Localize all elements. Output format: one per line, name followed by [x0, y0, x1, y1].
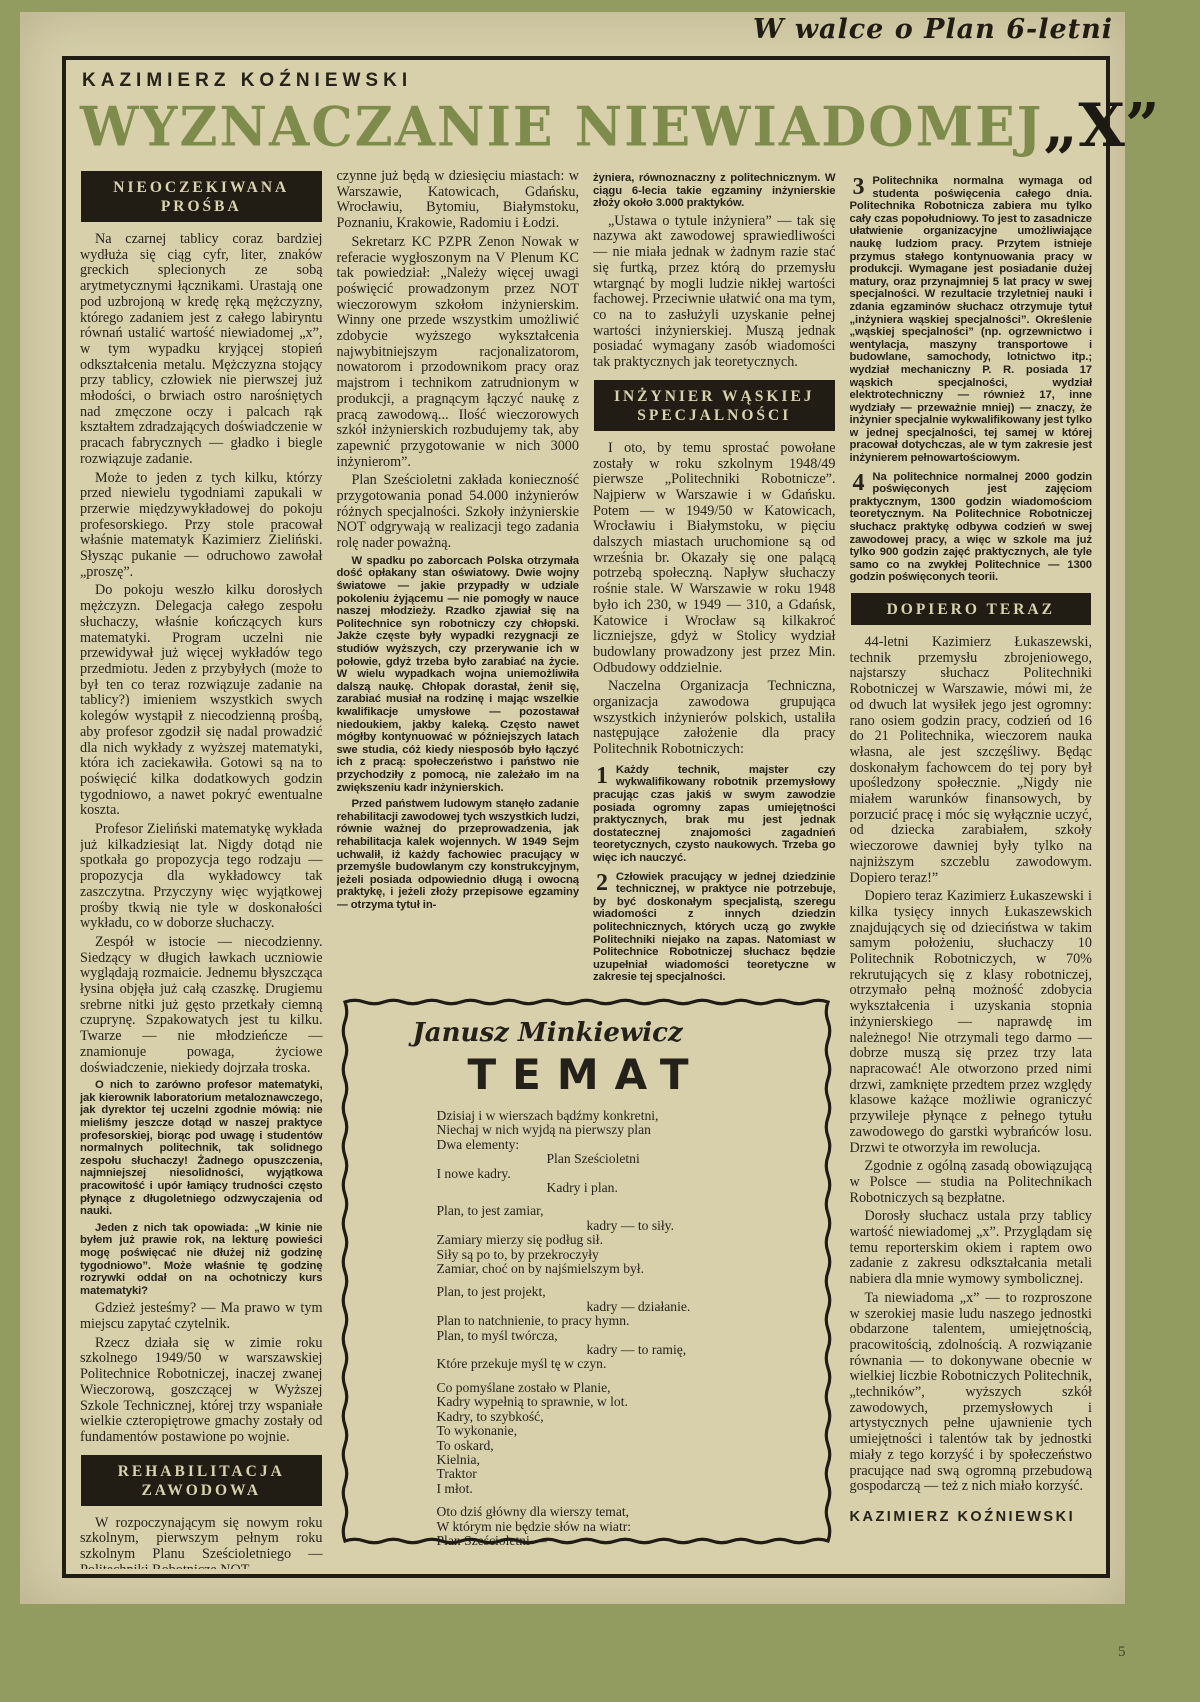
paragraph: żyniera, równoznaczny z politechnicznym.…: [593, 172, 836, 210]
paragraph: Jeden z nich tak opowiada: „W kinie nie …: [80, 1222, 323, 1298]
paragraph: 4Na politechnice normalnej 2000 godzin p…: [850, 471, 1093, 584]
item-number: 2: [596, 872, 608, 894]
section-header: DOPIERO TERAZ: [851, 593, 1092, 625]
paragraph: Rzecz działa się w zimie roku szkolnego …: [80, 1336, 323, 1446]
column-2: czynne już będą w dziesięciu miastach: w…: [337, 169, 580, 988]
poem-line: To wykonanie,: [437, 1424, 808, 1438]
poem-lines: Dzisiaj i w wierszach bądźmy konkretni,N…: [365, 1109, 808, 1547]
paragraph: 1Każdy technik, majster czy wykwalifikow…: [593, 764, 836, 865]
poem-line: I nowe kadry.: [437, 1167, 808, 1181]
magazine-page: W walce o Plan 6-letni KAZIMIERZ KOŹNIEW…: [0, 0, 1200, 1702]
poem-line: To oskard,: [437, 1439, 808, 1453]
poem-author: Janusz Minkiewicz: [413, 1018, 808, 1048]
paragraph: W spadku po zaborcach Polska otrzymała d…: [337, 555, 580, 794]
column-4: 3Politechnika normalna wymaga od student…: [850, 169, 1093, 1569]
poem-line: Kadry wypełnią to sprawnie, w lot.: [437, 1395, 808, 1409]
section-header: INŻYNIER WĄSKIEJ SPECJALNOŚCI: [594, 380, 835, 431]
paragraph: Zgodnie z ogólną zasadą obowiązującą w P…: [850, 1159, 1093, 1206]
article-title: WYZNACZANIE NIEWIADOMEJ „X”: [80, 98, 1090, 157]
poem-line: Dwa elementy:: [437, 1138, 808, 1152]
column-3: żyniera, równoznaczny z politechnicznym.…: [593, 169, 836, 988]
paragraph: Plan Sześcioletni zakłada konieczność pr…: [337, 473, 580, 552]
paragraph: O nich to zarówno profesor matematyki, j…: [80, 1079, 323, 1218]
paragraph: Naczelna Organizacja Techniczna, organiz…: [593, 679, 836, 758]
poem-line: Kadry i plan.: [437, 1181, 808, 1195]
poem-line: Plan, to jest projekt,: [437, 1285, 808, 1299]
poem-line: Co pomyślane zostało w Planie,: [437, 1381, 808, 1395]
poem-line: Które przekuje myśl tę w czyn.: [437, 1357, 808, 1371]
article-frame: KAZIMIERZ KOŹNIEWSKI WYZNACZANIE NIEWIAD…: [62, 56, 1110, 1578]
column-1: NIEOCZEKIWANA PROŚBANa czarnej tablicy c…: [80, 169, 323, 1569]
paragraph: „Ustawa o tytule inżyniera” — tak się na…: [593, 214, 836, 371]
article-title-text: WYZNACZANIE NIEWIADOMEJ: [80, 99, 1043, 157]
poem-line: kadry — to ramię,: [437, 1343, 808, 1357]
item-number: 4: [853, 472, 865, 494]
poem-line: Kadry, to szybkość,: [437, 1410, 808, 1424]
section-header: REHABILITACJA ZAWODOWA: [81, 1455, 322, 1506]
paragraph: 44-letni Kazimierz Łukaszewski, technik …: [850, 635, 1093, 886]
section-header: NIEOCZEKIWANA PROŚBA: [81, 171, 322, 222]
poem-line: Siły są po to, by przekroczyły: [437, 1248, 808, 1262]
poem-cell: Janusz Minkiewicz TEMAT Dzisiaj i w wier…: [337, 988, 836, 1569]
poem-line: kadry — działanie.: [437, 1300, 808, 1314]
poem-line: Oto dziś główny dla wierszy temat,: [437, 1505, 808, 1519]
series-banner: W walce o Plan 6-letni: [753, 14, 1113, 45]
poem-line: Zamiar, choć on by najśmielszym był.: [437, 1262, 808, 1276]
paragraph: Zespół w istocie — niecodzienny. Siedząc…: [80, 935, 323, 1076]
paragraph: Profesor Zieliński matematykę wykłada ju…: [80, 822, 323, 932]
page-number: 5: [1118, 1644, 1126, 1661]
poem-line: Plan to natchnienie, to pracy hymn.: [437, 1314, 808, 1328]
article-signature: KAZIMIERZ KOŹNIEWSKI: [850, 1509, 1093, 1525]
item-number: 1: [596, 765, 608, 787]
poem-line: Plan Sześcioletni: [437, 1152, 808, 1166]
poem-line: kadry — to siły.: [437, 1219, 808, 1233]
paragraph: W rozpoczynającym się nowym roku szkolny…: [80, 1516, 323, 1569]
paragraph: Sekretarz KC PZPR Zenon Nowak w referaci…: [337, 235, 580, 471]
poem-line: Plan, to myśl twórcza,: [437, 1329, 808, 1343]
poem-line: Niechaj w nich wyjdą na pierwszy plan: [437, 1123, 808, 1137]
paragraph: 2Człowiek pracujący w jednej dziedzinie …: [593, 871, 836, 984]
poem-line: Plan, to jest zamiar,: [437, 1204, 808, 1218]
poem-box: Janusz Minkiewicz TEMAT Dzisiaj i w wier…: [339, 996, 834, 1547]
paragraph: I oto, by temu sprostać powołane zostały…: [593, 441, 836, 677]
paragraph: Ta niewiadoma „x” — to rozproszone w sze…: [850, 1291, 1093, 1495]
paragraph: Do pokoju weszło kilku dorosłych mężczyz…: [80, 583, 323, 819]
paragraph: czynne już będą w dziesięciu miastach: w…: [337, 169, 580, 232]
article-author: KAZIMIERZ KOŹNIEWSKI: [82, 70, 1092, 92]
paragraph: Może to jeden z tych kilku, którzy przed…: [80, 471, 323, 581]
poem-line: W którym nie będzie słów na wiatr:: [437, 1520, 808, 1534]
article-title-x: „X”: [1043, 98, 1159, 154]
poem-line: Traktor: [437, 1467, 808, 1481]
paragraph: Dopiero teraz Kazimierz Łukaszewski i ki…: [850, 889, 1093, 1156]
paper-sheet: W walce o Plan 6-letni KAZIMIERZ KOŹNIEW…: [20, 12, 1125, 1604]
item-number: 3: [853, 176, 865, 198]
paragraph: Na czarnej tablicy coraz bardziej wydłuż…: [80, 232, 323, 468]
paragraph: Dorosły słuchacz ustala przy tablicy war…: [850, 1209, 1093, 1288]
poem-line: Zamiary mierzy się podług sił.: [437, 1233, 808, 1247]
stanza-gap: [365, 1276, 808, 1285]
poem-line: Plan Sześcioletni —: [437, 1534, 808, 1547]
paragraph: Przed państwem ludowym stanęło zadanie r…: [337, 798, 580, 911]
stanza-gap: [365, 1195, 808, 1204]
poem-title: TEMAT: [365, 1050, 808, 1099]
paragraph: Gdzież jesteśmy? — Ma prawo w tym miejsc…: [80, 1301, 323, 1332]
poem-line: I młot.: [437, 1482, 808, 1496]
paragraph: 3Politechnika normalna wymaga od student…: [850, 175, 1093, 465]
column-layout: NIEOCZEKIWANA PROŚBANa czarnej tablicy c…: [80, 169, 1092, 1569]
poem-line: Kielnia,: [437, 1453, 808, 1467]
poem-line: Dzisiaj i w wierszach bądźmy konkretni,: [437, 1109, 808, 1123]
